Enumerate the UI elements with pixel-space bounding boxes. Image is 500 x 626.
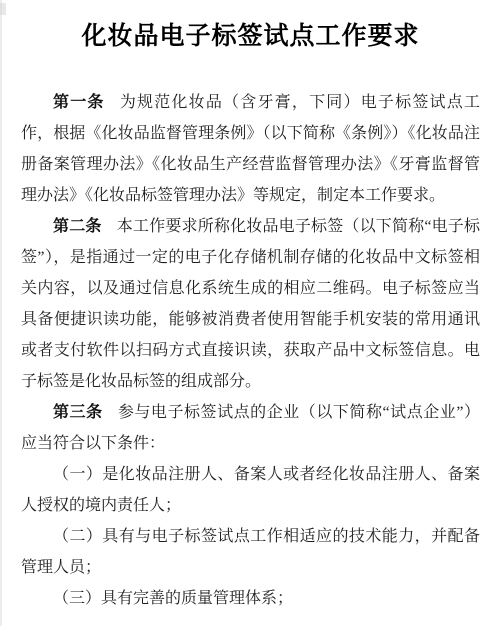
scan-smudge-artifact [0, 3, 6, 15]
condition-item-1-text: （一）是化妆品注册人、备案人或者经化妆品注册人、备案人授权的境内责任人； [21, 466, 480, 514]
condition-item-2: （二）具有与电子标签试点工作相适应的技术能力，并配备管理人员； [21, 521, 480, 583]
condition-item-1: （一）是化妆品注册人、备案人或者经化妆品注册人、备案人授权的境内责任人； [21, 459, 480, 521]
article-1-paragraph: 第一条为规范化妆品（含牙膏，下同）电子标签试点工作，根据《化妆品监督管理条例》（… [21, 87, 480, 211]
article-2-text: 本工作要求所称化妆品电子标签（以下简称“电子标签”），是指通过一定的电子化存储机… [21, 218, 480, 390]
condition-item-3: （三）具有完善的质量管理体系； [21, 583, 480, 614]
article-2-paragraph: 第二条本工作要求所称化妆品电子标签（以下简称“电子标签”），是指通过一定的电子化… [21, 211, 480, 397]
article-1-label: 第一条 [53, 94, 105, 111]
article-3-paragraph: 第三条参与电子标签试点的企业（以下简称“试点企业”）应当符合以下条件： [21, 397, 480, 459]
scan-edge-artifact [0, 0, 2, 626]
document-page: 化妆品电子标签试点工作要求 第一条为规范化妆品（含牙膏，下同）电子标签试点工作，… [0, 0, 500, 626]
document-title: 化妆品电子标签试点工作要求 [21, 21, 480, 51]
condition-item-2-text: （二）具有与电子标签试点工作相适应的技术能力，并配备管理人员； [21, 528, 480, 576]
condition-item-3-text: （三）具有完善的质量管理体系； [53, 590, 293, 607]
article-3-label: 第三条 [53, 404, 103, 421]
article-2-label: 第二条 [53, 218, 102, 235]
document-body: 第一条为规范化妆品（含牙膏，下同）电子标签试点工作，根据《化妆品监督管理条例》（… [21, 87, 480, 614]
